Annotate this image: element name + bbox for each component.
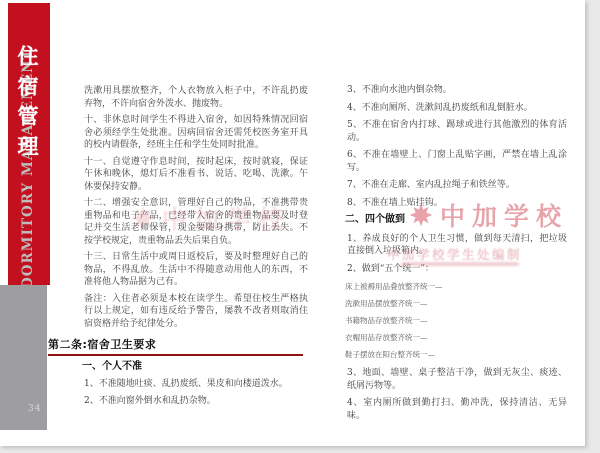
watermark-fineprint-line bbox=[401, 262, 519, 266]
rule-item: 5、不准在宿舍内打球、踢球或进行其他激烈的体育活动。 bbox=[347, 119, 567, 144]
rule-item: 4、不准向厕所、洗漱间乱扔废纸和乱倒脏水。 bbox=[347, 102, 567, 115]
unified-line: 洗漱用品摆放整齐统一— bbox=[345, 297, 567, 310]
rule-item: 8、不准在墙上贴挂钩。 bbox=[347, 197, 567, 210]
subsection-heading-four-dos: 二、四个做到 bbox=[345, 214, 567, 227]
section-heading: 第二条:宿舍卫生要求 bbox=[48, 339, 310, 352]
rule-item: 7、不准在走廊、室内乱拉绳子和铁丝等。 bbox=[347, 179, 567, 192]
rule-paragraph: 十一、自觉遵守作息时间，按时起床，按时就寝，保证午休和晚休，熄灯后不准看书、说话… bbox=[84, 156, 308, 194]
section-underline bbox=[48, 354, 303, 356]
rule-item: 6、不准在墙壁上、门窗上乱贴字画，严禁在墙上乱涂写。 bbox=[347, 149, 567, 174]
unified-line: 书籍物品存放整齐统一— bbox=[345, 314, 567, 327]
sidebar-footer-bar: 34 bbox=[0, 285, 47, 430]
document-page: DORMITORY MANAGEMENT 住宿管理 34 洗漱用具摆放整齐，个人… bbox=[0, 0, 585, 446]
sidebar-title-chinese: 住宿管理 bbox=[12, 45, 42, 165]
rule-item: 3、不准向水池内倒杂物。 bbox=[347, 84, 567, 97]
rule-paragraph: 十二、增强安全意识，管理好自己的物品，不准携带贵重物品和电子产品，已经带入宿舍的… bbox=[84, 197, 308, 247]
rule-item: 3、地面、墙壁、桌子整洁干净，做到无灰尘、痰迹、纸屑污物等。 bbox=[347, 367, 567, 392]
rule-item: 1、不准随地吐痰、乱扔废纸、果皮和向楼道泼水。 bbox=[84, 378, 302, 391]
rule-paragraph: 洗漱用具摆放整齐，个人衣物放入柜子中，不许乱扔废弃物，不许向宿舍外泼水、抛废物。 bbox=[84, 85, 308, 110]
rule-item: 4、室内厕所做到勤打扫、勤冲洗，保持清洁、无异味。 bbox=[347, 397, 567, 422]
rule-paragraph: 十、非休息时间学生不得进入宿舍，如因特殊情况回宿舍必须经学生处批准。因病回宿舍还… bbox=[84, 114, 308, 152]
watermark-credit-line: 中加学校学生处编制 bbox=[387, 245, 537, 263]
subsection-heading-personal: 一、个人不准 bbox=[82, 361, 310, 374]
page-number: 34 bbox=[28, 404, 41, 414]
unified-line: 衣帽用品存放整齐统一— bbox=[345, 331, 567, 344]
rule-paragraph: 十三、日常生活中或周日返校后，要及时整理好自己的物品，不得乱放。生活中不得随意动… bbox=[84, 251, 308, 289]
rule-item: 2、不准向窗外倒水和乱扔杂物。 bbox=[84, 395, 302, 408]
unified-line: 床上被褥用品叠放整齐统一— bbox=[345, 280, 567, 293]
unified-line: 鞋子摆放在阳台整齐统一— bbox=[345, 348, 567, 361]
rule-paragraph: 备注：入住者必须是本校在读学生。希望住校生严格执行以上规定，如有违反给予警告，屡… bbox=[84, 293, 308, 331]
chapter-sidebar: DORMITORY MANAGEMENT 住宿管理 bbox=[8, 3, 50, 285]
left-column: 洗漱用具摆放整齐，个人衣物放入柜子中，不许乱扔废弃物，不许向宿舍外泼水、抛废物。… bbox=[48, 85, 310, 411]
